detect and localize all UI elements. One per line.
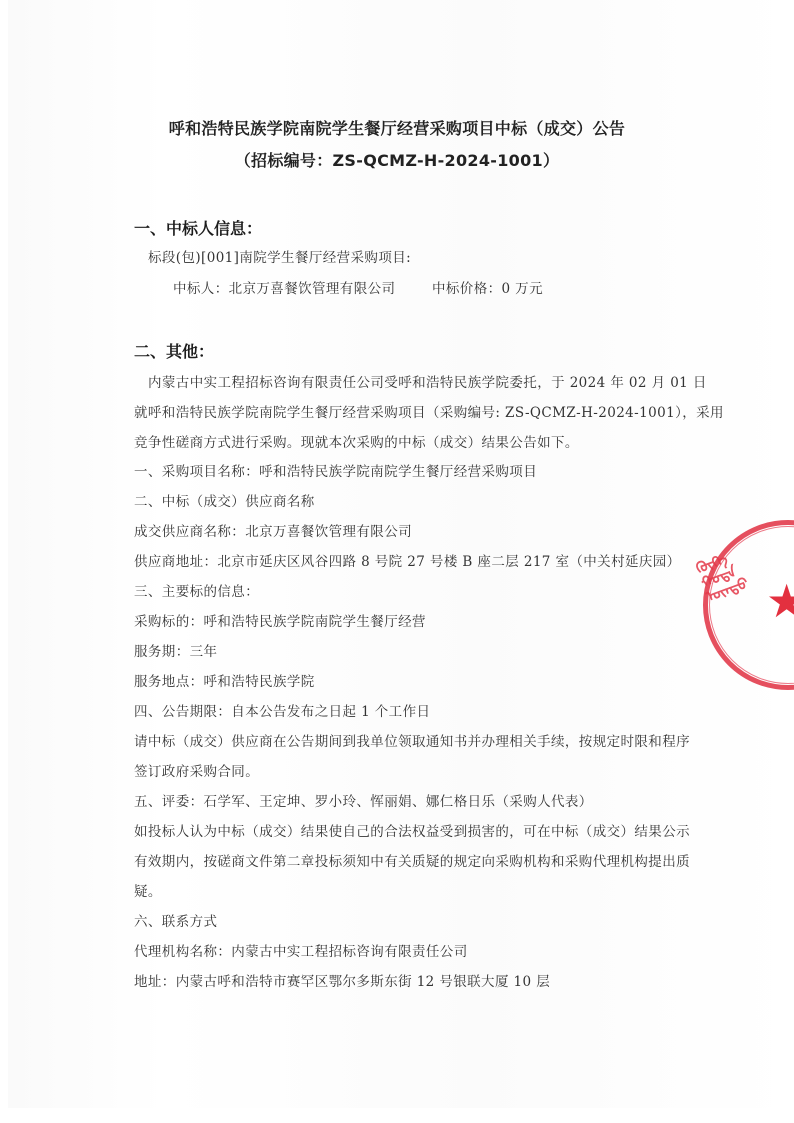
item-complaint-end: 疑。 (134, 880, 162, 900)
lot-label: 标段(包)[001]南院学生餐厅经营采购项目: (148, 246, 411, 266)
section-heading-other: 二、其他： (134, 339, 214, 362)
item-agency-address: 地址：内蒙古呼和浩特市赛罕区鄂尔多斯东街 12 号银联大厦 10 层 (134, 970, 550, 990)
item-complaint-cont: 有效期内，按磋商文件第二章投标须知中有关质疑的规定向采购机构和采购代理机构提出质 (134, 850, 690, 870)
item-notice-period: 四、公告期限：自本公告发布之日起 1 个工作日 (134, 700, 430, 720)
item-reviewers: 五、评委：石学军、王定坤、罗小玲、恽丽娟、娜仁格日乐（采购人代表） (134, 790, 593, 810)
item-subject-heading: 三、主要标的信息： (134, 580, 259, 600)
item-project-name: 一、采购项目名称：呼和浩特民族学院南院学生餐厅经营采购项目 (134, 460, 537, 480)
item-complaint: 如投标人认为中标（成交）结果使自己的合法权益受到损害的，可在中标（成交）结果公示 (134, 820, 690, 840)
item-contact-heading: 六、联系方式 (134, 910, 217, 930)
item-service-period: 服务期：三年 (134, 640, 217, 660)
winner-name: 中标人：北京万喜餐饮管理有限公司 (173, 277, 395, 297)
item-agency-name: 代理机构名称：内蒙古中实工程招标咨询有限责任公司 (134, 940, 468, 960)
item-supplier-name: 成交供应商名称：北京万喜餐饮管理有限公司 (134, 520, 412, 540)
item-instruction-cont: 签订政府采购合同。 (134, 760, 259, 780)
section-heading-winner-info: 一、中标人信息： (134, 216, 262, 239)
item-service-location: 服务地点：呼和浩特民族学院 (134, 670, 315, 690)
intro-line: 竞争性磋商方式进行采购。现就本次采购的中标（成交）结果公告如下。 (134, 431, 579, 451)
intro-line: 内蒙古中实工程招标咨询有限责任公司受呼和浩特民族学院委托，于 2024 年 02… (148, 371, 707, 391)
item-supplier-address: 供应商地址：北京市延庆区风谷四路 8 号院 27 号楼 B 座二层 217 室（… (134, 550, 681, 570)
tender-number: （招标编号：ZS-QCMZ-H-2024-1001） (0, 148, 794, 171)
winning-price: 中标价格：0 万元 (432, 277, 543, 297)
item-instruction: 请中标（成交）供应商在公告期间到我单位领取通知书并办理相关手续，按规定时限和程序 (134, 730, 690, 750)
intro-line: 就呼和浩特民族学院南院学生餐厅经营采购项目（采购编号: ZS-QCMZ-H-20… (134, 401, 724, 421)
document-title: 呼和浩特民族学院南院学生餐厅经营采购项目中标（成交）公告 (0, 116, 794, 139)
item-supplier-heading: 二、中标（成交）供应商名称 (134, 490, 315, 510)
item-subject: 采购标的：呼和浩特民族学院南院学生餐厅经营 (134, 610, 426, 630)
